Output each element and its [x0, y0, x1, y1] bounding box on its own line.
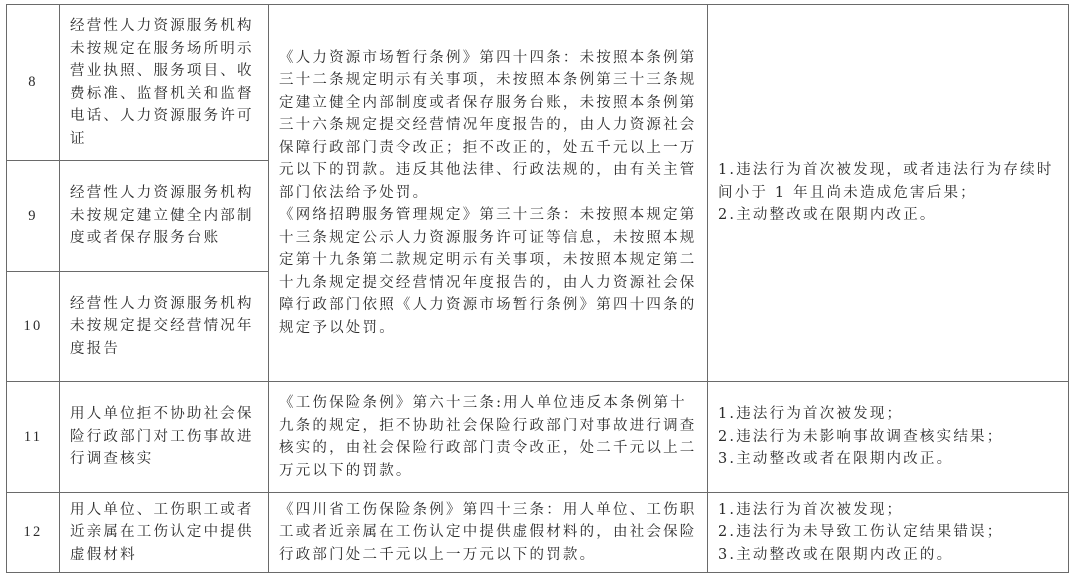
legal-basis-paragraph: 《网络招聘服务管理规定》第三十三条：未按照本规定第十三条规定公示人力资源服务许可…	[279, 204, 697, 339]
condition-item: 2.主动整改或在限期内改正。	[718, 204, 1058, 227]
table-row: 11 用人单位拒不协助社会保险行政部门对工伤事故进行调查核实 《工伤保险条例》第…	[7, 382, 1069, 493]
row-number: 11	[7, 382, 60, 493]
condition-item: 1.违法行为首次被发现，或者违法行为存续时间小于 1 年且尚未造成危害后果；	[718, 159, 1058, 204]
row-number: 9	[7, 161, 60, 272]
legal-basis-cell: 《工伤保险条例》第六十三条:用人单位违反本条例第十九条的规定，拒不协助社会保险行…	[269, 382, 708, 493]
legal-basis-cell: 《人力资源市场暂行条例》第四十四条：未按照本条例第三十二条规定明示有关事项，未按…	[269, 5, 708, 382]
exemption-conditions-cell: 1.违法行为首次被发现，或者违法行为存续时间小于 1 年且尚未造成危害后果； 2…	[708, 5, 1069, 382]
exemption-conditions-cell: 1.违法行为首次被发现； 2.违法行为未影响事故调查核实结果； 3.主动整改或者…	[708, 382, 1069, 493]
condition-item: 2.违法行为未影响事故调查核实结果；	[718, 426, 1058, 449]
exemption-conditions-cell: 1.违法行为首次被发现； 2.违法行为未导致工伤认定结果错误； 3.主动整改或在…	[708, 493, 1069, 573]
row-number: 12	[7, 493, 60, 573]
condition-item: 1.违法行为首次被发现；	[718, 403, 1058, 426]
condition-item: 2.违法行为未导致工伤认定结果错误；	[718, 521, 1058, 544]
violation-description: 经营性人力资源服务机构未按规定在服务场所明示营业执照、服务项目、收费标准、监督机…	[60, 5, 269, 161]
violation-description: 用人单位拒不协助社会保险行政部门对工伤事故进行调查核实	[60, 382, 269, 493]
legal-basis-cell: 《四川省工伤保险条例》第四十三条：用人单位、工伤职工或者近亲属在工伤认定中提供虚…	[269, 493, 708, 573]
condition-item: 3.主动整改或者在限期内改正。	[718, 448, 1058, 471]
violation-description: 经营性人力资源服务机构未按规定提交经营情况年度报告	[60, 272, 269, 382]
row-number: 8	[7, 5, 60, 161]
violation-description: 用人单位、工伤职工或者近亲属在工伤认定中提供虚假材料	[60, 493, 269, 573]
table-row: 12 用人单位、工伤职工或者近亲属在工伤认定中提供虚假材料 《四川省工伤保险条例…	[7, 493, 1069, 573]
legal-basis-paragraph: 《四川省工伤保险条例》第四十三条：用人单位、工伤职工或者近亲属在工伤认定中提供虚…	[279, 499, 697, 567]
condition-item: 3.主动整改或在限期内改正的。	[718, 544, 1058, 567]
table-row: 8 经营性人力资源服务机构未按规定在服务场所明示营业执照、服务项目、收费标准、监…	[7, 5, 1069, 161]
exemption-table: 8 经营性人力资源服务机构未按规定在服务场所明示营业执照、服务项目、收费标准、监…	[6, 4, 1069, 573]
row-number: 10	[7, 272, 60, 382]
condition-item: 1.违法行为首次被发现；	[718, 499, 1058, 522]
legal-basis-paragraph: 《工伤保险条例》第六十三条:用人单位违反本条例第十九条的规定，拒不协助社会保险行…	[279, 392, 697, 482]
violation-description: 经营性人力资源服务机构未按规定建立健全内部制度或者保存服务台账	[60, 161, 269, 272]
legal-basis-paragraph: 《人力资源市场暂行条例》第四十四条：未按照本条例第三十二条规定明示有关事项，未按…	[279, 47, 697, 205]
